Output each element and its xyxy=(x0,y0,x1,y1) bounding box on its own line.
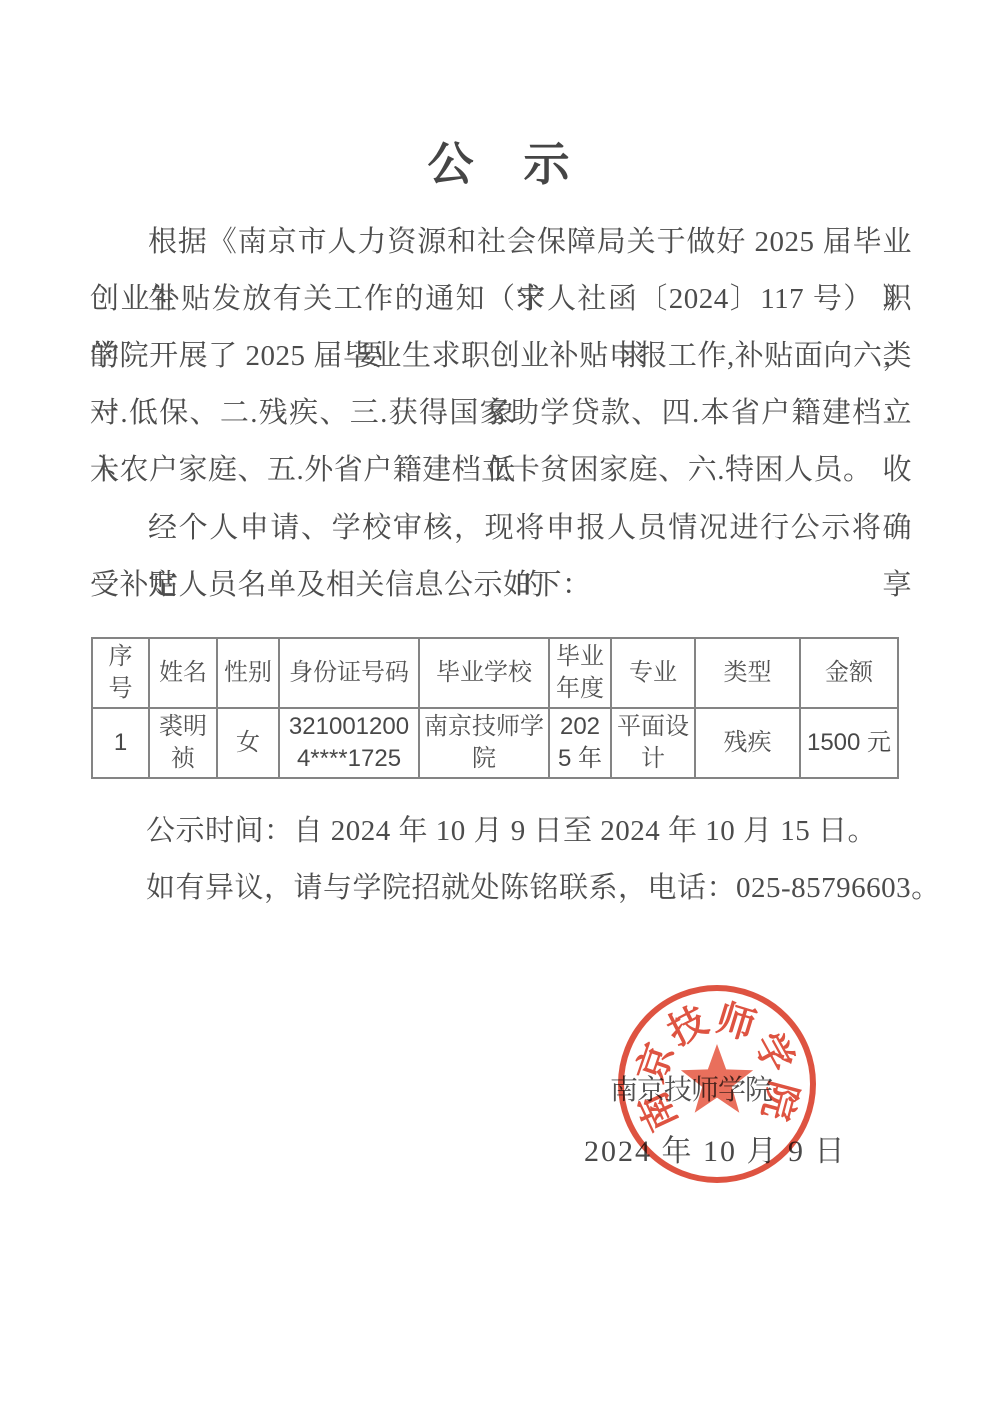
cell-school: 南京技师学院 xyxy=(419,708,549,778)
signature-org-name: 南京技师学院 xyxy=(610,1068,772,1108)
cell-id-number: 3210012004****1725 xyxy=(279,708,419,778)
paragraph-basis: 根据《南京市人力资源和社会保障局关于做好 2025 届毕业生求职 创业补贴发放有… xyxy=(90,214,912,499)
col-header-name: 姓名 xyxy=(149,638,217,708)
notice-period-text: 公示时间：自 2024 年 10 月 9 日至 2024 年 10 月 15 日… xyxy=(90,803,999,860)
cell-major: 平面设计 xyxy=(611,708,695,778)
col-header-school: 毕业学校 xyxy=(419,638,549,708)
paragraph-line: 学院开展了 2025 届毕业生求职创业补贴申报工作,补贴面向六类对象： xyxy=(90,328,912,385)
col-header-type: 类型 xyxy=(695,638,800,708)
table-header-row: 序号 姓名 性别 身份证号码 毕业学校 毕业年度 专业 类型 金额 xyxy=(92,638,898,708)
cell-type: 残疾 xyxy=(695,708,800,778)
signature-date: 2024 年 10 月 9 日 xyxy=(584,1126,847,1170)
col-header-grad-year: 毕业年度 xyxy=(549,638,611,708)
page-title: 公 示 xyxy=(0,128,999,194)
applicant-table: 序号 姓名 性别 身份证号码 毕业学校 毕业年度 专业 类型 金额 1 裘明祯 … xyxy=(91,637,899,779)
cell-no: 1 xyxy=(92,708,149,778)
seal-char: 师 xyxy=(711,997,760,1048)
paragraph-line: 经个人申请、学校审核，现将申报人员情况进行公示将确定的享 xyxy=(90,500,912,557)
paragraph-announcement: 经个人申请、学校审核，现将申报人员情况进行公示将确定的享 受补贴人员名单及相关信… xyxy=(90,500,912,614)
col-header-id-number: 身份证号码 xyxy=(279,638,419,708)
cell-gender: 女 xyxy=(217,708,279,778)
col-header-no: 序号 xyxy=(92,638,149,708)
paragraph-line: 入农户家庭、五.外省户籍建档立卡贫困家庭、六.特困人员。 xyxy=(90,442,912,499)
col-header-major: 专业 xyxy=(611,638,695,708)
seal-char: 技 xyxy=(661,1000,714,1055)
col-header-gender: 性别 xyxy=(217,638,279,708)
paragraph-line: 根据《南京市人力资源和社会保障局关于做好 2025 届毕业生求职 xyxy=(90,214,912,271)
cell-name: 裘明祯 xyxy=(149,708,217,778)
table-row: 1 裘明祯 女 3210012004****1725 南京技师学院 2025 年… xyxy=(92,708,898,778)
paragraph-line: 创业补贴发放有关工作的通知（宁人社函〔2024〕117 号） 》的要求， xyxy=(90,271,912,328)
cell-grad-year: 2025 年 xyxy=(549,708,611,778)
public-notice-document: 公 示 根据《南京市人力资源和社会保障局关于做好 2025 届毕业生求职 创业补… xyxy=(0,0,999,1414)
col-header-amount: 金额 xyxy=(800,638,898,708)
cell-amount: 1500 元 xyxy=(800,708,898,778)
contact-text: 如有异议，请与学院招就处陈铭联系，电话：025-85796603。 xyxy=(90,860,999,917)
paragraph-line: 一.低保、二.残疾、三.获得国家助学贷款、四.本省户籍建档立卡低收 xyxy=(90,385,912,442)
